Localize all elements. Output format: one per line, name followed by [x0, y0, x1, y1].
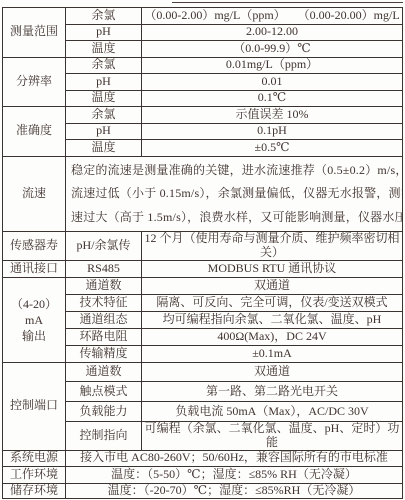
- ma-output-label: （4-20）mA 输出: [3, 277, 66, 362]
- ma-output-loop-resistance-value: 400Ω(Max)，DC 24V: [142, 328, 403, 345]
- comm-interface-param: RS485: [66, 260, 142, 277]
- control-port-direction-value: 可编程（余氯、二氧化氯、温度、pH、定时）功能: [142, 421, 403, 450]
- flow-rate-description: 稳定的流速是测量准确的关键，进水流速推荐（0.5±0.2）m/s，当 流速过低（…: [66, 156, 403, 232]
- ma-output-precision-value: ±0.1mA: [142, 345, 403, 362]
- ma-output-precision-param: 传输精度: [66, 345, 142, 362]
- accuracy-chlorine-param: 余氯: [66, 107, 142, 124]
- control-port-channels-value: 双通道: [142, 362, 403, 382]
- control-port-channels-param: 通道数: [66, 362, 142, 382]
- measurement-range-temp-param: 温度: [66, 41, 142, 58]
- ma-output-loop-resistance-param: 环路电阻: [66, 328, 142, 345]
- resolution-chlorine-param: 余氯: [66, 57, 142, 74]
- ma-output-config-value: 均可编程指向余氯、二氧化氯、温度、pH: [142, 311, 403, 328]
- measurement-range-chlorine-value: （0.00-2.00）mg/L（ppm） （0.00-20.00）mg/L: [142, 8, 403, 25]
- system-power-label: 系统电源: [3, 450, 66, 467]
- control-port-direction-param: 控制指向: [66, 421, 142, 450]
- resolution-chlorine-value: 0.01mg/L（ppm）: [142, 57, 403, 74]
- resolution-temp-param: 温度: [66, 90, 142, 107]
- storage-env-label: 储存环境: [3, 483, 66, 498]
- ma-output-features-value: 隔离、可反向、完全可调，仪表/变送双模式: [142, 294, 403, 311]
- resolution-ph-param: pH: [66, 74, 142, 91]
- flow-rate-line-3: 速过大（高于 1.5m/s），浪费水样，又可能影响测量，仪器水压过: [71, 206, 397, 230]
- accuracy-chlorine-value: 示值误差 10%: [142, 107, 403, 124]
- accuracy-temp-value: ±0.5℃: [142, 140, 403, 157]
- resolution-ph-value: 0.01: [142, 74, 403, 91]
- control-port-contact-mode-value: 第一路、第二路光电开关: [142, 382, 403, 402]
- flow-rate-line-1: 稳定的流速是测量准确的关键，进水流速推荐（0.5±0.2）m/s，当: [71, 159, 397, 183]
- accuracy-label: 准确度: [3, 107, 66, 157]
- measurement-range-ph-param: pH: [66, 24, 142, 41]
- spec-table: 测量范围 余氯 （0.00-2.00）mg/L（ppm） （0.00-20.00…: [2, 7, 403, 499]
- ma-output-label-line1: （4-20）mA: [5, 296, 63, 328]
- control-port-label: 控制端口: [3, 362, 66, 450]
- accuracy-temp-param: 温度: [66, 140, 142, 157]
- ma-output-channels-param: 通道数: [66, 277, 142, 294]
- measurement-range-label: 测量范围: [3, 8, 66, 58]
- ma-output-channels-value: 双通道: [142, 277, 403, 294]
- ma-output-features-param: 技术特征: [66, 294, 142, 311]
- comm-interface-value: MODBUS RTU 通讯协议: [142, 260, 403, 277]
- cropped-previous-row-border: [172, 2, 403, 3]
- comm-interface-label: 通讯接口: [3, 260, 66, 277]
- control-port-load-value: 负载电流 50mA（Max），AC/DC 30V: [142, 402, 403, 422]
- sensor-life-value: 12 个月（使用寿命与测量介质、维护频率密切相关）: [142, 232, 403, 261]
- accuracy-ph-value: 0.1pH: [142, 123, 403, 140]
- flow-rate-line-2: 流速过低（小于 0.15m/s），余氯测量偏低，仪器无水报警，测流: [71, 182, 397, 206]
- measurement-range-ph-value: 2.00-12.00: [142, 24, 403, 41]
- control-port-load-param: 负载能力: [66, 402, 142, 422]
- ma-output-config-param: 通道组态: [66, 311, 142, 328]
- working-env-value: 温度：（5-50）℃；湿度：≤85% RH（无冷凝）: [66, 467, 403, 484]
- resolution-label: 分辨率: [3, 57, 66, 107]
- measurement-range-temp-value: （0.0-99.9）℃: [142, 41, 403, 58]
- sensor-life-param: pH/余氯传: [66, 232, 142, 261]
- resolution-temp-value: 0.1℃: [142, 90, 403, 107]
- accuracy-ph-param: pH: [66, 123, 142, 140]
- working-env-label: 工作环境: [3, 467, 66, 484]
- spec-sheet: 测量范围 余氯 （0.00-2.00）mg/L（ppm） （0.00-20.00…: [0, 0, 405, 500]
- sensor-life-label: 传感器寿: [3, 232, 66, 261]
- flow-rate-label: 流速: [3, 156, 66, 232]
- measurement-range-chlorine-param: 余氯: [66, 8, 142, 25]
- control-port-contact-mode-param: 触点模式: [66, 382, 142, 402]
- system-power-value: 接入市电 AC80-260V；50/60Hz，兼容国际所有的市电标准: [66, 450, 403, 467]
- storage-env-value: 温度：（-20-70）℃；湿度：≤85%RH（无冷凝）: [66, 483, 403, 498]
- ma-output-label-line2: 输出: [5, 328, 63, 344]
